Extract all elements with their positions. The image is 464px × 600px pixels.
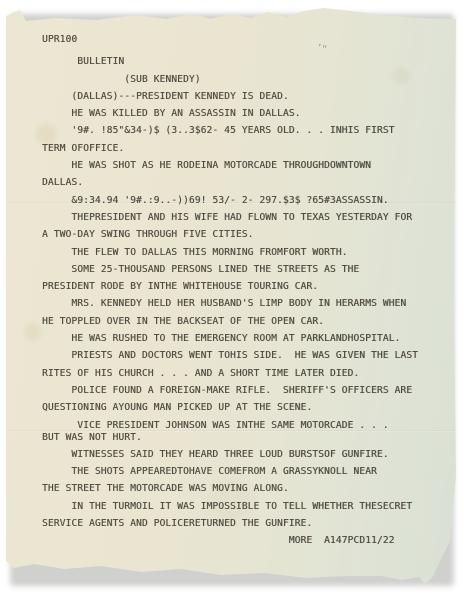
telegram-text: UPR100 BULLETIN (SUB KENNEDY) (DALLAS)--… bbox=[42, 31, 442, 550]
document-line: MRS. KENNEDY HELD HER HUSBAND'S LIMP BOD… bbox=[42, 295, 442, 312]
document-line: IN THE TURMOIL IT WAS IMPOSSIBLE TO TELL… bbox=[42, 498, 442, 515]
document-line: WITNESSES SAID THEY HEARD THREE LOUD BUR… bbox=[42, 446, 442, 463]
document-line: THE STREET THE MOTORCADE WAS MOVING ALON… bbox=[42, 480, 442, 497]
document-line: RITES OF HIS CHURCH . . . AND A SHORT TI… bbox=[42, 365, 442, 382]
document-line: SERVICE AGENTS AND POLICERETURNED THE GU… bbox=[42, 515, 442, 532]
document-line: HE WAS SHOT AS HE RODEINA MOTORCADE THRO… bbox=[42, 157, 442, 174]
document-line: UPR100 bbox=[42, 31, 442, 48]
document-line: QUESTIONING AYOUNG MAN PICKED UP AT THE … bbox=[42, 399, 442, 416]
document-line: TERM OFOFFICE. bbox=[42, 140, 442, 157]
telegram-paper: UPR100 BULLETIN (SUB KENNEDY) (DALLAS)--… bbox=[6, 6, 456, 588]
document-line: THEPRESIDENT AND HIS WIFE HAD FLOWN TO T… bbox=[42, 209, 442, 226]
document-line: A TWO-DAY SWING THROUGH FIVE CITIES. bbox=[42, 226, 442, 243]
document-line: (SUB KENNEDY) bbox=[42, 71, 442, 88]
document-line: BULLETIN bbox=[42, 53, 442, 70]
document-line: THE FLEW TO DALLAS THIS MORNING FROMFORT… bbox=[42, 244, 442, 261]
document-line: &9:34.94 '9#.:9..-))69! 53/- 2- 297.$3$ … bbox=[42, 192, 442, 209]
pen-scuff-mark: ’ʺ bbox=[315, 43, 328, 55]
document-line: MORE A147PCD11/22 bbox=[42, 532, 442, 549]
document-line: THE SHOTS APPEAREDTOHAVE COMEFROM A GRAS… bbox=[42, 463, 442, 480]
document-line: HE WAS RUSHED TO THE EMERGENCY ROOM AT P… bbox=[42, 330, 442, 347]
photo-of-telegram: UPR100 BULLETIN (SUB KENNEDY) (DALLAS)--… bbox=[0, 0, 464, 600]
document-line: PRIESTS AND DOCTORS WENT TOHIS SIDE. HE … bbox=[42, 347, 442, 364]
document-line: (DALLAS)---PRESIDENT KENNEDY IS DEAD. bbox=[42, 88, 442, 105]
document-line: HE TOPPLED OVER IN THE BACKSEAT OF THE O… bbox=[42, 313, 442, 330]
document-line: DALLAS. bbox=[42, 174, 442, 191]
document-line: HE WAS KILLED BY AN ASSASSIN IN DALLAS. bbox=[42, 105, 442, 122]
document-line: '9#. !85"&34-)$ (3..3$62- 45 YEARS OLD. … bbox=[42, 122, 442, 139]
document-line: POLICE FOUND A FOREIGN-MAKE RIFLE. SHERI… bbox=[42, 382, 442, 399]
document-line: SOME 25-THOUSAND PERSONS LINED THE STREE… bbox=[42, 261, 442, 278]
document-line: PRESIDENT RODE BY INTHE WHITEHOUSE TOURI… bbox=[42, 278, 442, 295]
